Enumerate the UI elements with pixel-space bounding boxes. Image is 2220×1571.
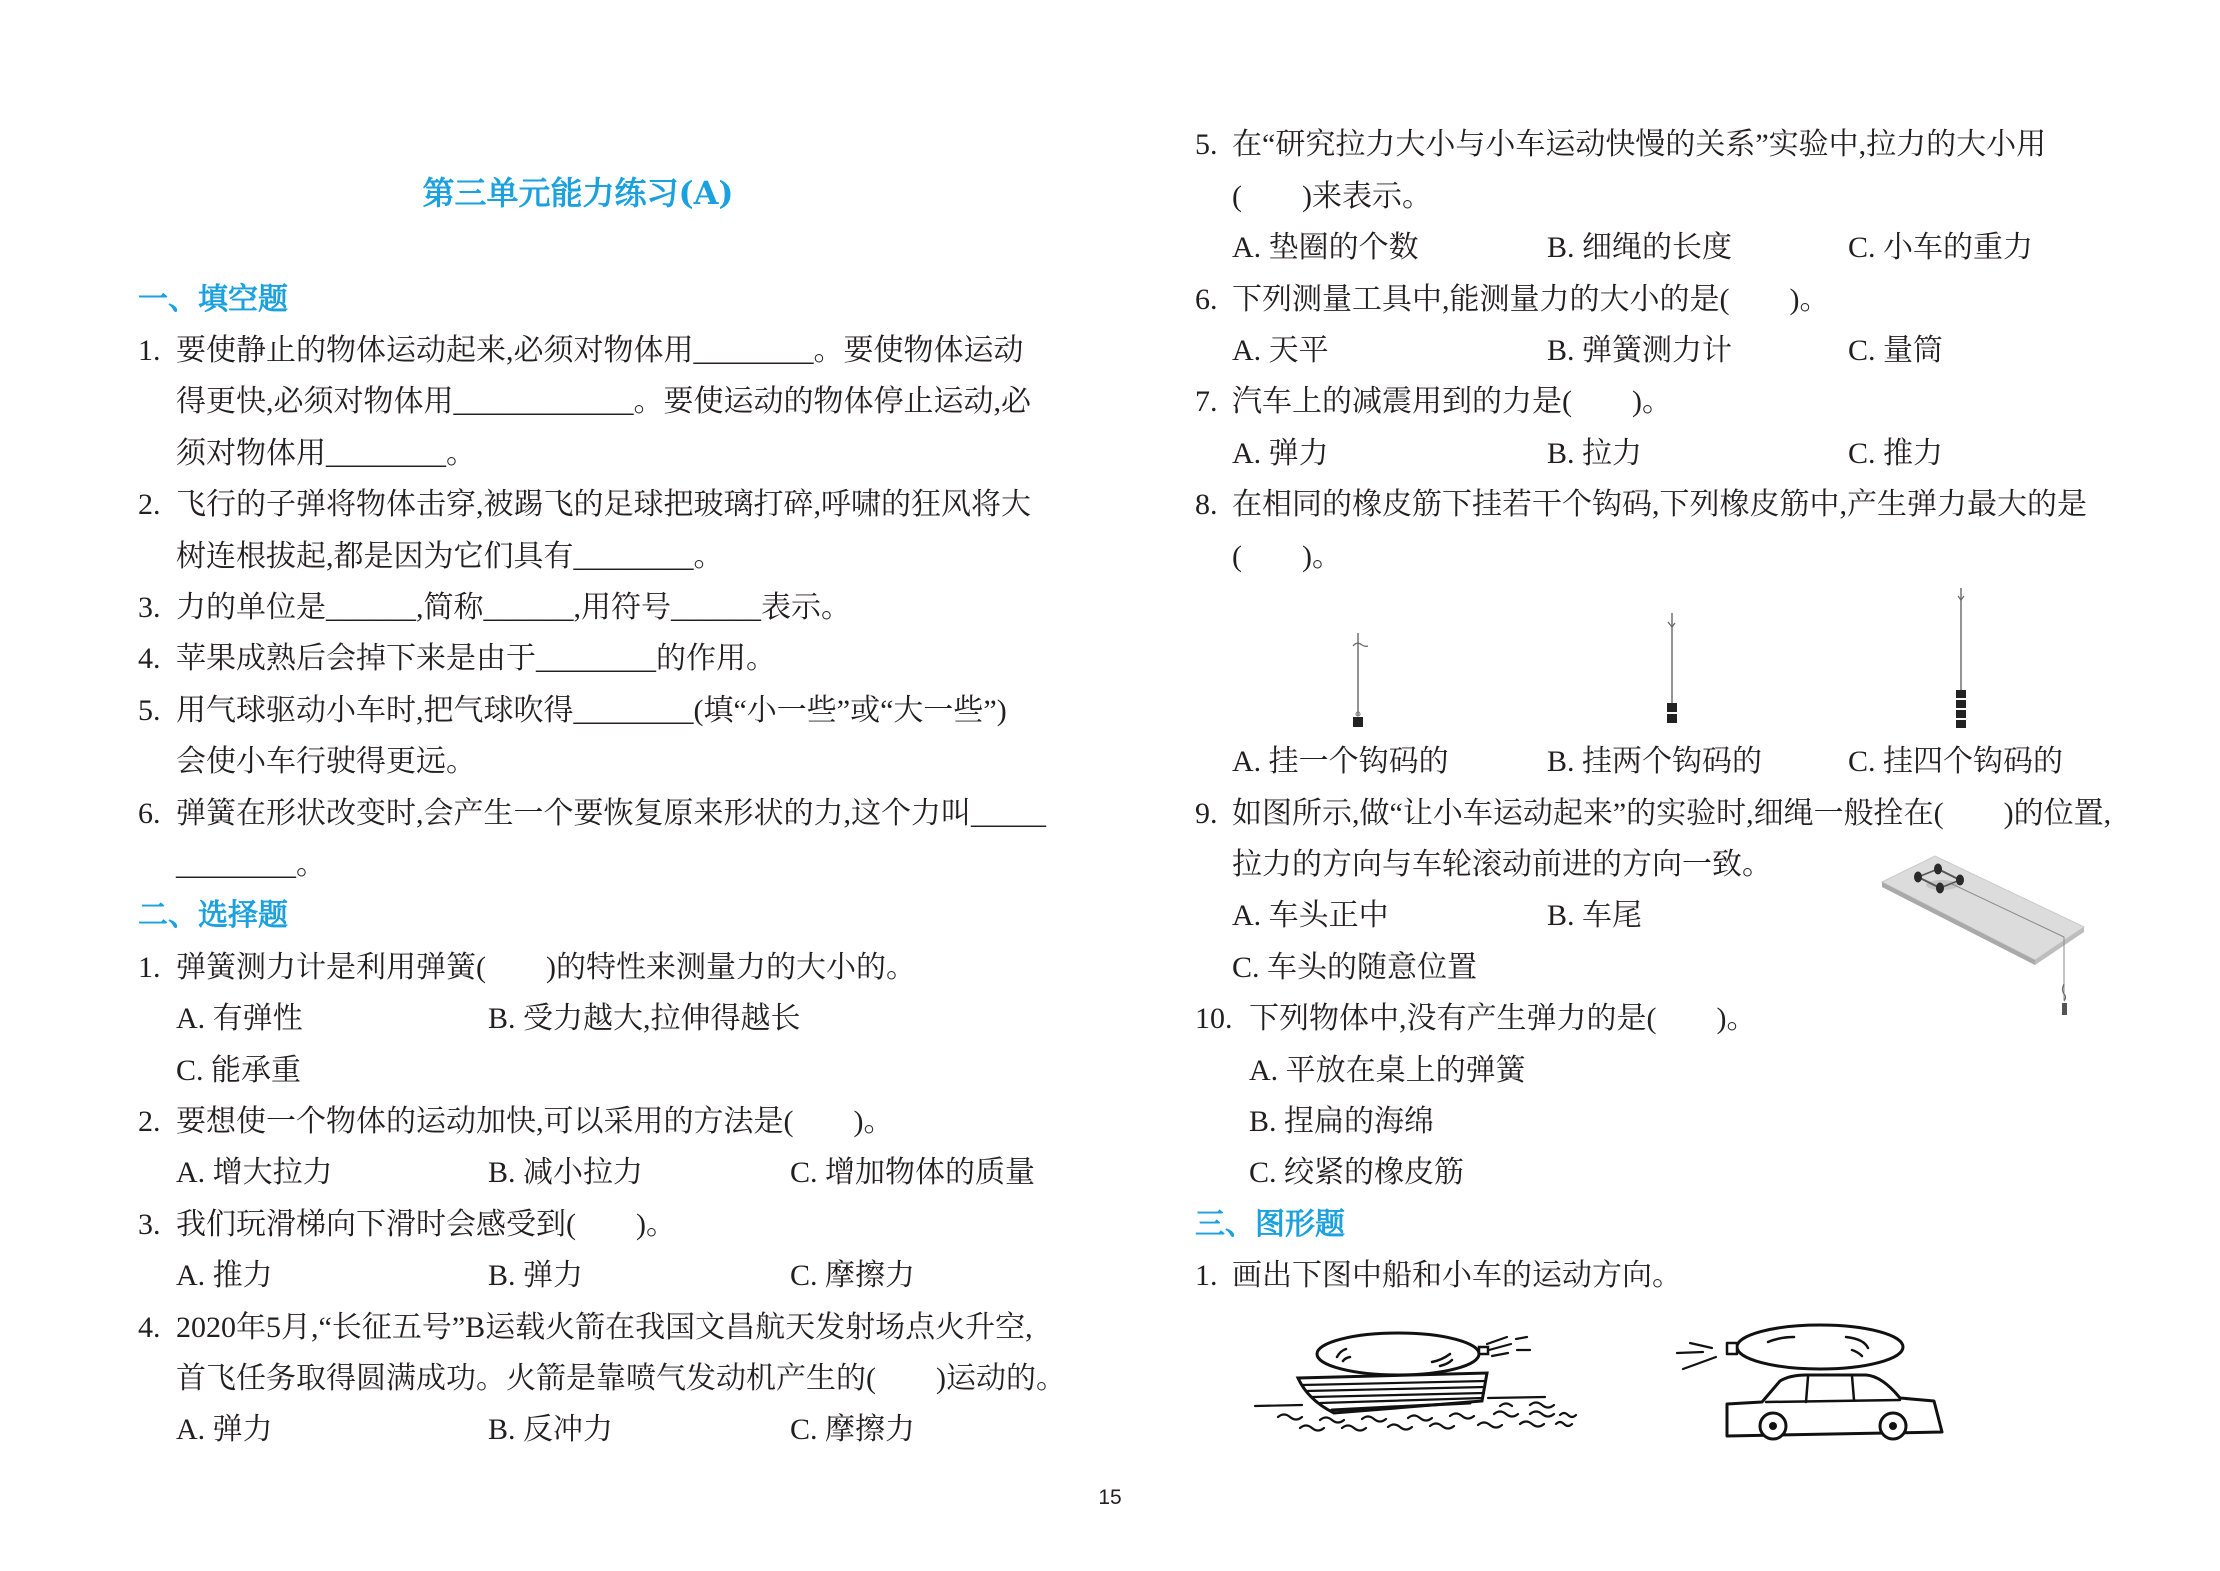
question-line: 首飞任务取得圆满成功。火箭是靠喷气发动机产生的( )运动的。 (176, 1353, 1066, 1404)
option-b: B. 拉力 (1547, 428, 1642, 479)
option-c: C. 推力 (1848, 428, 1943, 479)
option-a: A. 弹力 (1232, 428, 1329, 479)
option-b: B. 捏扁的海绵 (1249, 1096, 1434, 1147)
option-c: C. 摩擦力 (790, 1404, 915, 1455)
question-line: 我们玩滑梯向下滑时会感受到( )。 (176, 1199, 676, 1250)
question-line: 力的单位是______,简称______,用符号______表示。 (176, 582, 851, 633)
question-line: 在“研究拉力大小与小车运动快慢的关系”实验中,拉力的大小用 (1232, 119, 2046, 170)
question-line: 要想使一个物体的运动加快,可以采用的方法是( )。 (176, 1096, 893, 1147)
question-number: 9. (1195, 788, 1218, 839)
question-line: 拉力的方向与车轮滚动前进的方向一致。 (1232, 839, 1772, 890)
question-line: 弹簧在形状改变时,会产生一个要恢复原来形状的力,这个力叫_____ (176, 788, 1046, 839)
rubber-band-four-weights-figure (1956, 588, 1966, 728)
question-number: 10. (1195, 993, 1233, 1044)
option-b: B. 反冲力 (488, 1404, 613, 1455)
page-number: 15 (1060, 1484, 1160, 1512)
question-line: ( )。 (1232, 531, 1342, 582)
option-a: A. 弹力 (176, 1404, 273, 1455)
question-line: 须对物体用________。 (176, 428, 476, 479)
option-c: C. 能承重 (176, 1045, 301, 1096)
option-c: C. 摩擦力 (790, 1250, 915, 1301)
option-b: B. 减小拉力 (488, 1147, 643, 1198)
question-number: 1. (138, 942, 161, 993)
rubber-band-two-weights-figure (1667, 613, 1677, 723)
question-number: 5. (138, 685, 161, 736)
question-number: 2. (138, 1096, 161, 1147)
option-a: A. 有弹性 (176, 993, 303, 1044)
option-b: B. 细绳的长度 (1547, 222, 1732, 273)
option-b: B. 弹簧测力计 (1547, 325, 1732, 376)
question-line: 飞行的子弹将物体击穿,被踢飞的足球把玻璃打碎,呼啸的狂风将大 (176, 479, 1031, 530)
balloon-boat-figure (1255, 1333, 1576, 1431)
option-a: A. 挂一个钩码的 (1232, 736, 1449, 787)
question-number: 7. (1195, 376, 1218, 427)
question-number: 3. (138, 1199, 161, 1250)
question-line: 要使静止的物体运动起来,必须对物体用________。要使物体运动 (176, 325, 1024, 376)
option-b: B. 受力越大,拉伸得越长 (488, 993, 801, 1044)
section-heading-fill-blank: 一、填空题 (138, 274, 288, 325)
option-b: B. 挂两个钩码的 (1547, 736, 1762, 787)
cart-on-board-figure (1882, 856, 2084, 1015)
option-a: A. 车头正中 (1232, 890, 1389, 941)
question-line: 在相同的橡皮筋下挂若干个钩码,下列橡皮筋中,产生弹力最大的是 (1232, 479, 2087, 530)
worksheet-page: 第三单元能力练习(A) 一、填空题 1. 要使静止的物体运动起来,必须对物体用_… (0, 0, 2220, 1571)
question-line: 树连根拔起,都是因为它们具有________。 (176, 531, 724, 582)
question-number: 6. (1195, 274, 1218, 325)
rubber-band-one-weight-figure (1353, 633, 1368, 727)
question-number: 6. (138, 788, 161, 839)
page-title: 第三单元能力练习(A) (278, 172, 878, 214)
question-number: 4. (138, 1302, 161, 1353)
option-a: A. 推力 (176, 1250, 273, 1301)
question-line: 画出下图中船和小车的运动方向。 (1232, 1250, 1682, 1301)
question-line: ( )来表示。 (1232, 171, 1432, 222)
question-line: 下列测量工具中,能测量力的大小的是( )。 (1232, 274, 1829, 325)
option-c: C. 车头的随意位置 (1232, 942, 1477, 993)
question-number: 1. (1195, 1250, 1218, 1301)
question-line: 下列物体中,没有产生弹力的是( )。 (1249, 993, 1756, 1044)
question-line: 弹簧测力计是利用弹簧( )的特性来测量力的大小的。 (176, 942, 916, 993)
question-line: 得更快,必须对物体用____________。要使运动的物体停止运动,必 (176, 376, 1031, 427)
question-line: 2020年5月,“长征五号”B运载火箭在我国文昌航天发射场点火升空, (176, 1302, 1033, 1353)
question-line: 如图所示,做“让小车运动起来”的实验时,细绳一般拴在( )的位置, (1232, 788, 2111, 839)
section-heading-drawing: 三、图形题 (1195, 1199, 1345, 1250)
option-a: A. 平放在桌上的弹簧 (1249, 1045, 1526, 1096)
question-line: 汽车上的减震用到的力是( )。 (1232, 376, 1672, 427)
option-c: C. 小车的重力 (1848, 222, 2033, 273)
section-heading-multiple-choice: 二、选择题 (138, 890, 288, 941)
question-number: 4. (138, 633, 161, 684)
option-c: C. 增加物体的质量 (790, 1147, 1035, 1198)
question-line: 用气球驱动小车时,把气球吹得________(填“小一些”或“大一些”) (176, 685, 1007, 736)
option-b: B. 弹力 (488, 1250, 583, 1301)
question-line: ________。 (176, 839, 326, 890)
option-a: A. 增大拉力 (176, 1147, 333, 1198)
option-a: A. 天平 (1232, 325, 1329, 376)
question-line: 会使小车行驶得更远。 (176, 736, 476, 787)
option-c: C. 挂四个钩码的 (1848, 736, 2063, 787)
question-number: 8. (1195, 479, 1218, 530)
option-c: C. 绞紧的橡皮筋 (1249, 1147, 1464, 1198)
question-number: 5. (1195, 119, 1218, 170)
option-b: B. 车尾 (1547, 890, 1642, 941)
question-line: 苹果成熟后会掉下来是由于________的作用。 (176, 633, 776, 684)
option-c: C. 量筒 (1848, 325, 1943, 376)
balloon-car-figure (1677, 1325, 1942, 1439)
question-number: 1. (138, 325, 161, 376)
question-number: 2. (138, 479, 161, 530)
option-a: A. 垫圈的个数 (1232, 222, 1419, 273)
question-number: 3. (138, 582, 161, 633)
